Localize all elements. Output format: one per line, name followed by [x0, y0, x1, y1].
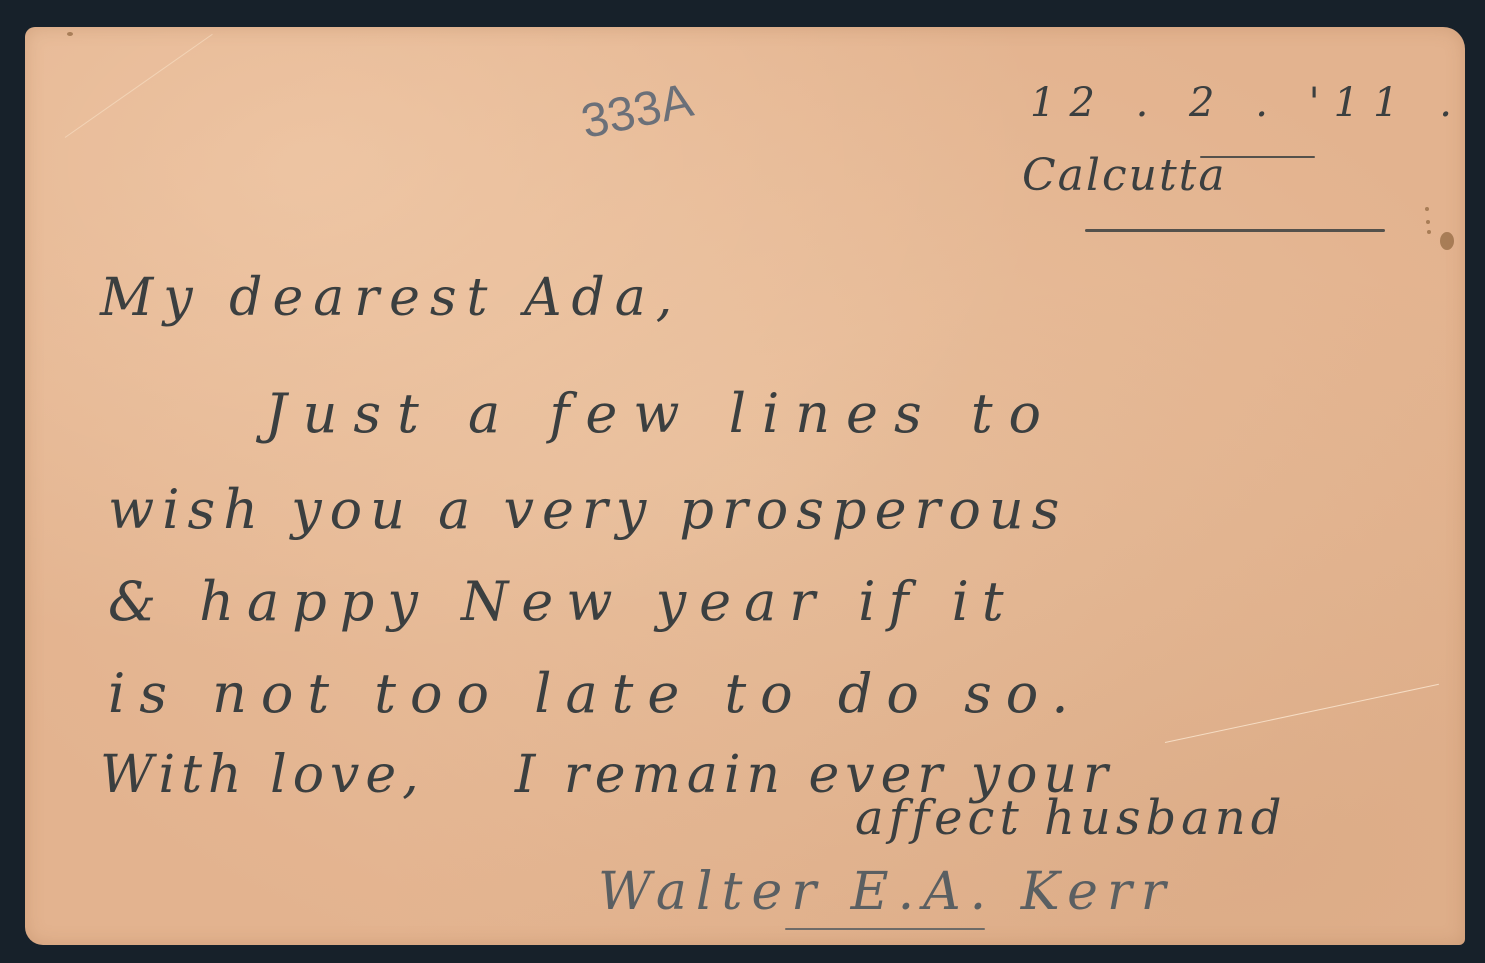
paper-crease: [1165, 684, 1439, 743]
body-line-2: wish you a very prosperous: [108, 478, 1067, 541]
body-line-3: & happy New year if it: [108, 570, 1017, 633]
date: 12 . 2 . '11 .: [1030, 80, 1466, 126]
place-name: Calcutta: [1022, 150, 1227, 201]
place-underline: [1085, 229, 1385, 232]
salutation: My dearest Ada,: [100, 268, 682, 328]
body-line-4: is not too late to do so.: [108, 662, 1083, 725]
stain-mark: [1440, 232, 1454, 250]
stain-mark: [1425, 207, 1429, 211]
closing: affect husband: [855, 790, 1286, 846]
body-line-1: Just a few lines to: [265, 382, 1057, 445]
signature-underline: [785, 928, 985, 930]
signature: Walter E.A. Kerr: [598, 862, 1175, 922]
place-overline: [1200, 156, 1315, 158]
paper-crease: [65, 34, 213, 138]
stain-mark: [1427, 230, 1431, 234]
stain-mark: [67, 32, 73, 36]
stain-mark: [1426, 220, 1430, 224]
